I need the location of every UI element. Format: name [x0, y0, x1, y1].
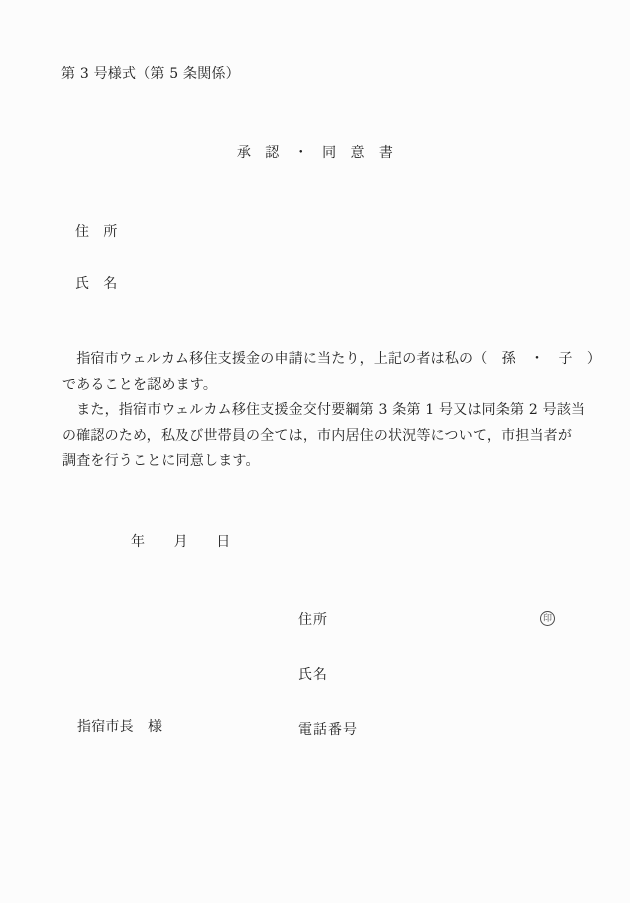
signature-address-label: 住所 [298, 612, 328, 628]
signature-phone-label: 電話番号 [298, 722, 358, 738]
signature-block: 住所 氏名 電話番号 [298, 580, 528, 744]
applicant-name-label: 氏 名 [75, 277, 118, 291]
signature-name-label: 氏名 [298, 667, 328, 683]
consent-body-text: 指宿市ウェルカム移住支援金の申請に当たり，上記の者は私の（ 孫 ・ 子 ） であ… [62, 347, 622, 475]
document-title: 承 認 ・ 同 意 書 [0, 146, 630, 160]
applicant-address-label: 住 所 [75, 225, 118, 239]
addressee-mayor: 指宿市長 様 [77, 720, 162, 734]
consent-form-page: 第 3 号様式（第 5 条関係） 承 認 ・ 同 意 書 住 所 氏 名 指宿市… [0, 0, 630, 903]
seal-mark-icon: 印 [540, 611, 555, 626]
form-number: 第 3 号様式（第 5 条関係） [61, 67, 240, 81]
date-line: 年 月 日 [131, 535, 230, 549]
